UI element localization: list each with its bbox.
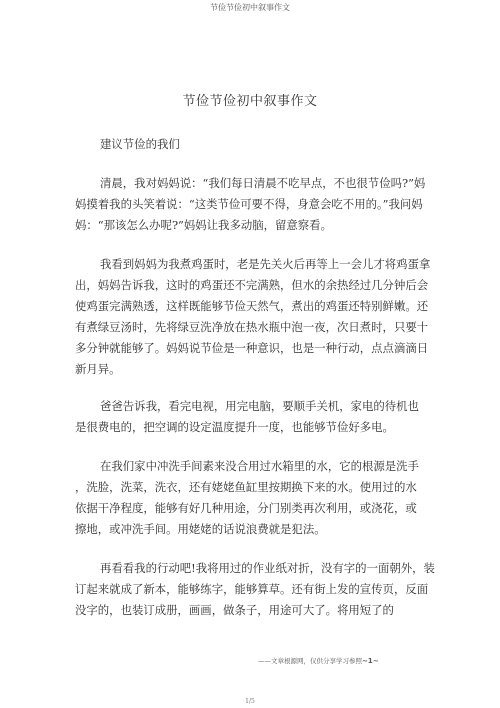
paragraph-3: 爸爸告诉我，看完电视，用完电脑，要顺手关机，家电的待机也 是很费电的，把空调的设… <box>75 396 411 438</box>
text-line: 在我们家中冲洗手间素来没合用过水箱里的水，它的根源是洗手 <box>75 456 411 477</box>
paragraph-4: 在我们家中冲洗手间素来没合用过水箱里的水，它的根源是洗手 ，洗脸，洗菜，洗衣，还… <box>75 456 411 540</box>
source-note: ——文章根源网，仅供分享学习参照 <box>258 657 362 665</box>
text-line: 是很费电的，把空调的设定温度提升一度，也能够节俭好多电。 <box>75 417 411 438</box>
document-title: 节俭节俭初中叙事作文 <box>0 90 500 109</box>
text-line: 依据干净程度，能够有好几种用途，分门别类再次利用，或浇花，或 <box>75 498 411 519</box>
text-line: 妈摸着我的头笑着说：“这类节俭可要不得，身意会吃不用的。”我问妈 <box>75 194 411 215</box>
page-number: 1/5 <box>0 698 500 705</box>
text-line: 多分钟就能够了。妈妈说节俭是一种意识，也是一种行动，点点滴滴日 <box>75 338 411 359</box>
text-line: 再看看我的行动吧!我将用过的作业纸对折，没有字的一面朝外，装 <box>75 558 411 579</box>
paragraph-1: 清晨，我对妈妈说：“我们每日清晨不吃早点，不也很节俭吗?”妈 妈摸着我的头笑着说… <box>75 173 411 236</box>
document-subtitle: 建议节俭的我们 <box>75 134 411 155</box>
text-line: 妈：“那该怎么办呢?”妈妈让我多动脑，留意察看。 <box>75 215 411 236</box>
text-line: 爸爸告诉我，看完电视，用完电脑，要顺手关机，家电的待机也 <box>75 396 411 417</box>
running-header: 节俭节俭初中叙事作文 <box>0 2 500 13</box>
text-line: ，洗脸，洗菜，洗衣，还有姥姥鱼缸里按期换下来的水。使用过的水 <box>75 477 411 498</box>
paragraph-5: 再看看我的行动吧!我将用过的作业纸对折，没有字的一面朝外，装 订起来就成了新本，… <box>75 558 411 621</box>
text-line: 新月异。 <box>75 359 411 380</box>
text-line: 擦地，或冲洗手间。用姥姥的话说浪费就是犯法。 <box>75 519 411 540</box>
text-line: 使鸡蛋完满熟透，这样既能够节俭天然气，煮出的鸡蛋还特别鲜嫩。还 <box>75 296 411 317</box>
text-line: 清晨，我对妈妈说：“我们每日清晨不吃早点，不也很节俭吗?”妈 <box>75 173 411 194</box>
text-line: 有煮绿豆汤时，先将绿豆洗净放在热水瓶中泡一夜，次日煮时，只要十 <box>75 317 411 338</box>
text-line: 订起来就成了新本，能够练字，能够算草。还有街上发的宣传页，反面 <box>75 579 411 600</box>
text-line: 我看到妈妈为我煮鸡蛋时，老是先关火后再等上一会儿才将鸡蛋拿 <box>75 254 411 275</box>
source-footnote: ——文章根源网，仅供分享学习参照~1~ <box>258 656 379 665</box>
paragraph-2: 我看到妈妈为我煮鸡蛋时，老是先关火后再等上一会儿才将鸡蛋拿 出，妈妈告诉我，这时… <box>75 254 411 380</box>
text-line: 出，妈妈告诉我，这时的鸡蛋还不完满熟，但水的余热经过几分钟后会 <box>75 275 411 296</box>
page-marker: ~1~ <box>362 657 379 665</box>
document-body: 建议节俭的我们 清晨，我对妈妈说：“我们每日清晨不吃早点，不也很节俭吗?”妈 妈… <box>75 134 411 634</box>
text-line: 没字的，也装订成册，画画，做条子，用途可大了。将用短了的 <box>75 600 411 621</box>
